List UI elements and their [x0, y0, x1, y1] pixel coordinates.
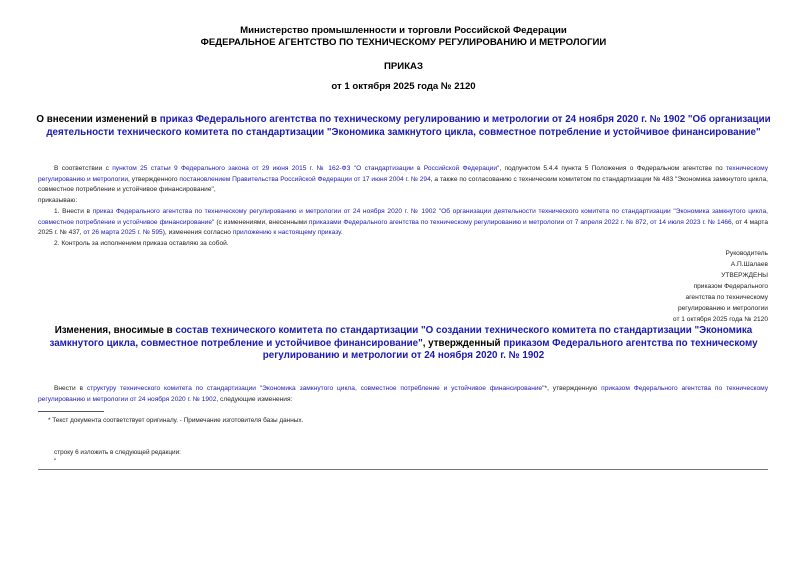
item-text: ), изменения согласно — [163, 229, 233, 236]
link-order-1466[interactable]: от 14 июля 2023 г. № 1466 — [650, 219, 732, 226]
item-text: . — [341, 229, 343, 236]
preamble-text: , утвержденного — [128, 176, 179, 183]
link-decree-294[interactable]: постановлением Правительства Российской … — [179, 176, 430, 183]
title-prefix: О внесении изменений в — [36, 114, 159, 125]
link-law-162fz[interactable]: пунктом 25 статьи 9 Федерального закона … — [112, 165, 499, 172]
order-word: приказываю: — [38, 196, 768, 207]
annex-body: Внести в структуру технического комитета… — [38, 384, 768, 405]
preamble-text: В соответствии с — [54, 165, 112, 172]
link-annex[interactable]: приложению к настоящему приказу — [233, 229, 341, 236]
signatory-name: А.П.Шалаев — [548, 259, 768, 270]
preamble: В соответствии с пунктом 25 статьи 9 Фед… — [38, 164, 768, 196]
item-text: 1. Внести в — [54, 208, 93, 215]
document-date-number: от 1 октября 2025 года № 2120 — [0, 81, 807, 93]
ministry-name: Министерство промышленности и торговли Р… — [0, 25, 807, 37]
annex-title-text: Изменения, вносимые в — [55, 325, 176, 336]
item-text: (с изменениями, внесенными — [214, 219, 309, 226]
document-title: О внесении изменений в приказ Федерально… — [30, 114, 777, 139]
annex-text: Внести в — [54, 385, 87, 392]
quote-mark: " — [54, 457, 56, 467]
approved-line: регулированию и метрологии — [548, 303, 768, 314]
row-instruction: строку 6 изложить в следующей редакции: — [54, 448, 181, 458]
annex-text: *, утвержденную — [545, 385, 602, 392]
link-order-872[interactable]: приказами Федерального агентства по техн… — [309, 219, 646, 226]
footnote: * Текст документа соответствует оригинал… — [48, 416, 303, 426]
agency-name: ФЕДЕРАЛЬНОЕ АГЕНТСТВО ПО ТЕХНИЧЕСКОМУ РЕ… — [0, 37, 807, 49]
item-1: 1. Внести в приказ Федерального агентств… — [38, 207, 768, 239]
document-page: Министерство промышленности и торговли Р… — [0, 0, 807, 571]
footnote-divider — [38, 411, 104, 412]
document-type: ПРИКАЗ — [0, 61, 807, 73]
annex-title: Изменения, вносимые в состав техническог… — [30, 325, 777, 363]
signatory-position: Руководитель — [548, 248, 768, 259]
link-order-595[interactable]: от 26 марта 2025 г. № 595 — [83, 229, 162, 236]
table-border-line — [38, 469, 768, 470]
annex-title-text: , утвержденный — [423, 338, 504, 349]
approved-label: УТВЕРЖДЕНЫ — [548, 270, 768, 281]
annex-text: , следующие изменения: — [216, 396, 292, 403]
link-committee-structure[interactable]: структуру технического комитета по станд… — [87, 385, 545, 392]
preamble-text: , подпунктом 5.4.4 пункта 5 Положения о … — [499, 165, 726, 172]
signature-block: Руководитель А.П.Шалаев УТВЕРЖДЕНЫ прика… — [548, 248, 768, 325]
approved-line: от 1 октября 2025 года № 2120 — [548, 314, 768, 325]
approved-line: агентства по техническому — [548, 292, 768, 303]
approved-line: приказом Федерального — [548, 281, 768, 292]
